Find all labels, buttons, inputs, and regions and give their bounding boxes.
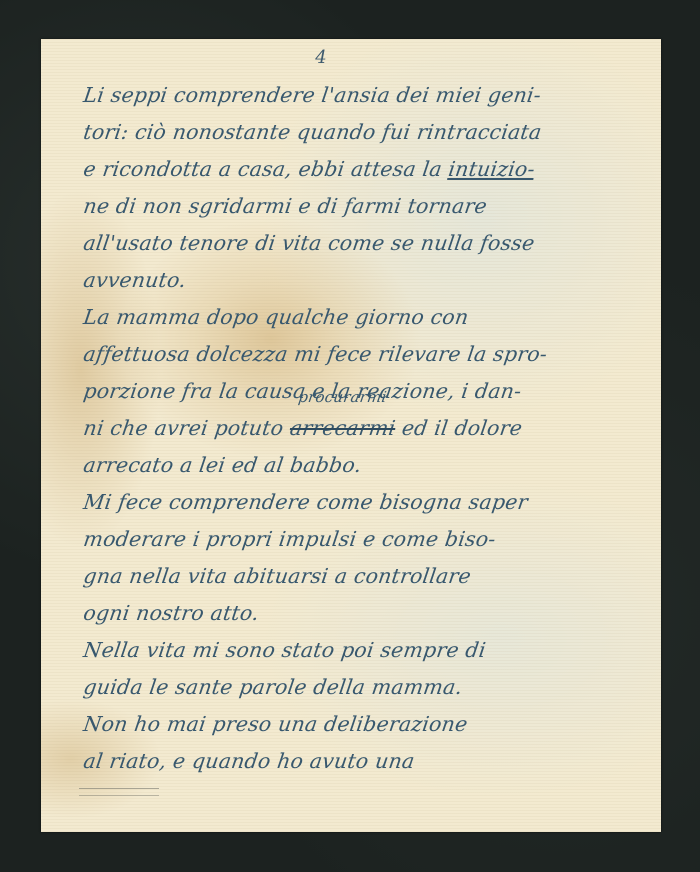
- text-segment: ni che avrei potuto: [82, 416, 292, 440]
- crossed-out-word: arrecarmi: [288, 416, 397, 440]
- text-line: ne di non sgridarmi e di farmi tornare: [81, 188, 646, 225]
- text-line: tori: ciò nonostante quando fui rintracc…: [81, 114, 646, 151]
- text-line: arrecato a lei ed al babbo.: [81, 447, 646, 484]
- text-line: Mi fece comprendere come bisogna saper: [81, 484, 646, 521]
- text-segment: ed il dolore: [394, 416, 524, 440]
- text-line: ogni nostro atto.: [81, 595, 646, 632]
- text-line: al riato, e quando ho avuto una: [81, 743, 646, 780]
- text-line: La mamma dopo qualche giorno con: [81, 299, 646, 336]
- text-line: avvenuto.: [81, 262, 646, 299]
- pencil-underline-mark: [79, 788, 159, 796]
- letter-page: 4 Li seppi comprendere l'ansia dei miei …: [41, 39, 661, 832]
- page-number: 4: [11, 47, 631, 68]
- text-line: guida le sante parole della mamma.: [81, 669, 646, 706]
- text-segment: e ricondotta a casa, ebbi attesa la: [82, 157, 450, 181]
- handwritten-text: Li seppi comprendere l'ansia dei miei ge…: [81, 77, 641, 780]
- text-line: affettuosa dolcezza mi fece rilevare la …: [81, 336, 646, 373]
- text-line: e ricondotta a casa, ebbi attesa la intu…: [81, 151, 646, 188]
- text-line: all'usato tenore di vita come se nulla f…: [81, 225, 646, 262]
- underlined-word: intuizio-: [447, 157, 537, 181]
- text-line: moderare i propri impulsi e come biso-: [81, 521, 646, 558]
- correction: procurarmiarrecarmi: [287, 410, 397, 447]
- inserted-word: procurarmi: [297, 390, 387, 405]
- text-line: Nella vita mi sono stato poi sempre di: [81, 632, 646, 669]
- text-line: Li seppi comprendere l'ansia dei miei ge…: [81, 77, 646, 114]
- text-line: gna nella vita abituarsi a controllare: [81, 558, 646, 595]
- text-line: Non ho mai preso una deliberazione: [81, 706, 646, 743]
- text-line: ni che avrei potuto procurarmiarrecarmi …: [81, 410, 646, 447]
